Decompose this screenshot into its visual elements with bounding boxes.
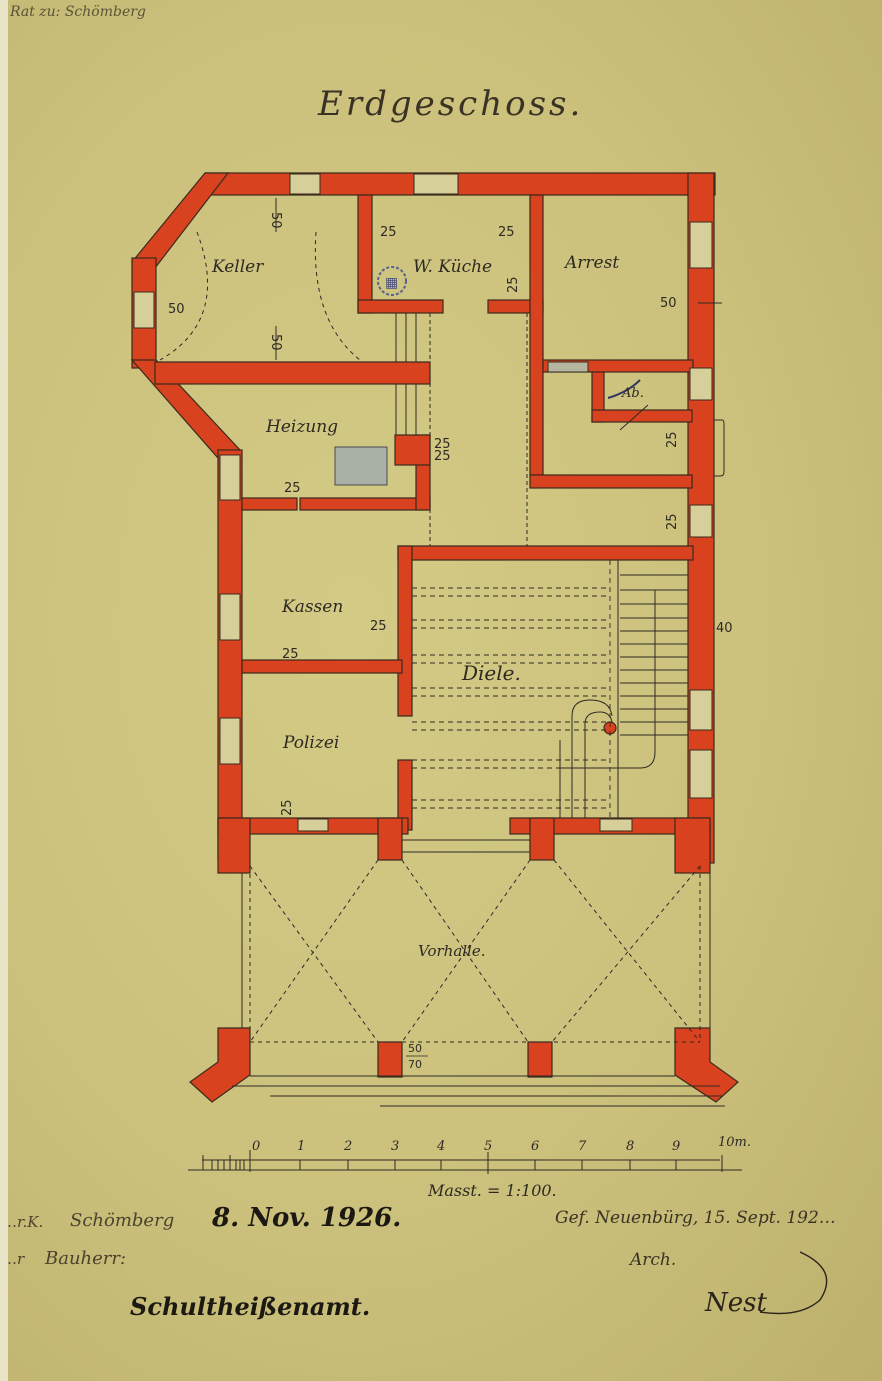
footer-right-line: Gef. Neuenbürg, 15. Sept. 192… [555,1208,836,1228]
boiler [335,447,387,485]
wall-abort-south [592,410,692,422]
stove-symbol: ▦ [385,275,398,291]
footer-left-prefix: …r.K. [2,1213,43,1231]
wall-diele-north [398,546,693,560]
scale-tick-6: 6 [531,1139,539,1154]
wall-kueche-south-a [358,300,443,313]
window [690,368,712,400]
dim-heizung-bottom: 25 [284,481,301,496]
dim-arrest-right: 50 [660,296,677,311]
window [290,174,320,194]
dim-side-room: 25 [665,513,680,530]
window [690,690,712,730]
scale-tick-8: 8 [626,1139,634,1154]
window [600,819,632,831]
dim-keller-left: 50 [168,302,185,317]
dim-keller-bottom: 50 [268,334,283,351]
wall-side-room-south [530,475,692,488]
footer-bauherr-signature: Schultheißenamt. [130,1292,370,1321]
pillar-ne [675,818,710,873]
scale-bar [188,1150,742,1174]
scale-end-label: 10m. [718,1135,751,1150]
room-label-heizung: Heizung [265,417,338,437]
pillar-n1 [378,818,402,860]
wall-kueche-arrest [530,195,543,475]
pillar-nw [218,818,250,873]
window [298,819,328,831]
wall-keller-south [155,362,430,384]
dim-kassen-bottom: 25 [282,647,299,662]
window [690,750,712,798]
dim-stair-wall: 40 [716,621,733,636]
dim-kassen-right: 25 [370,619,387,634]
wall-northwest-diagonal [132,173,228,268]
window [220,594,240,640]
room-label-arrest: Arrest [563,253,619,273]
window [414,174,458,194]
wall-north [205,173,715,195]
footer-architect-label: Arch. [630,1250,676,1270]
room-label-abort: Ab. [621,386,644,401]
pillar-s2 [528,1042,552,1077]
dim-abort-below: 25 [665,431,680,448]
window [134,292,154,328]
wall-kueche-west [358,195,372,313]
scale-tick-7: 7 [578,1139,587,1154]
room-label-kassen: Kassen [281,597,343,617]
scale-tick-2: 2 [343,1139,352,1154]
footer-place: Schömberg [70,1210,174,1231]
window [548,362,588,372]
chimney [395,435,430,465]
scale-tick-9: 9 [672,1139,680,1154]
pillar-s1 [378,1042,402,1077]
dim-kueche-right: 25 [498,225,515,240]
room-label-kueche: W. Küche [413,257,492,277]
wall-kassen-polizei [242,660,402,673]
dim-pillar-bottom: 70 [408,1058,422,1071]
dim-keller-top: 50 [268,212,283,229]
pillar-n2 [530,818,554,860]
floor-plan-drawing: ▦ [0,0,882,1381]
dim-heizung-chimney-b: 25 [434,449,451,464]
footer-date: 8. Nov. 1926. [212,1203,401,1233]
window [690,222,712,268]
window [220,718,240,764]
room-label-keller: Keller [211,257,264,277]
dim-pillar-top: 50 [408,1042,422,1055]
wall-heizung-south-a [242,498,297,510]
window [690,505,712,537]
floor-plan-sheet: Rat zu: Schömberg Erdgeschoss. [0,0,882,1381]
scale-tick-4: 4 [436,1139,445,1154]
footer-bauherr-label: Bauherr: [45,1248,126,1269]
window [220,455,240,500]
room-label-polizei: Polizei [282,733,339,753]
scale-tick-0: 0 [252,1139,260,1154]
pillar-sw [190,1028,250,1102]
dim-polizei-bottom: 25 [280,799,295,816]
dim-kueche-bottom: 25 [506,276,521,293]
dim-kueche-left: 25 [380,225,397,240]
pillar-se [675,1028,738,1102]
wall-west [218,450,242,860]
footer-architect-signature: Nest [705,1288,767,1318]
wall-heizung-south-b [300,498,430,510]
room-label-diele: Diele. [461,661,521,685]
scale-tick-1: 1 [297,1139,305,1154]
wall-diele-west [398,546,412,716]
footer-left-prefix-2: …r [2,1250,24,1268]
scale-caption: Masst. = 1:100. [427,1181,557,1200]
room-label-vorhalle: Vorhalle. [418,942,486,960]
scale-tick-3: 3 [391,1139,399,1154]
bay-outline [714,420,724,476]
scale-tick-5: 5 [484,1139,492,1154]
